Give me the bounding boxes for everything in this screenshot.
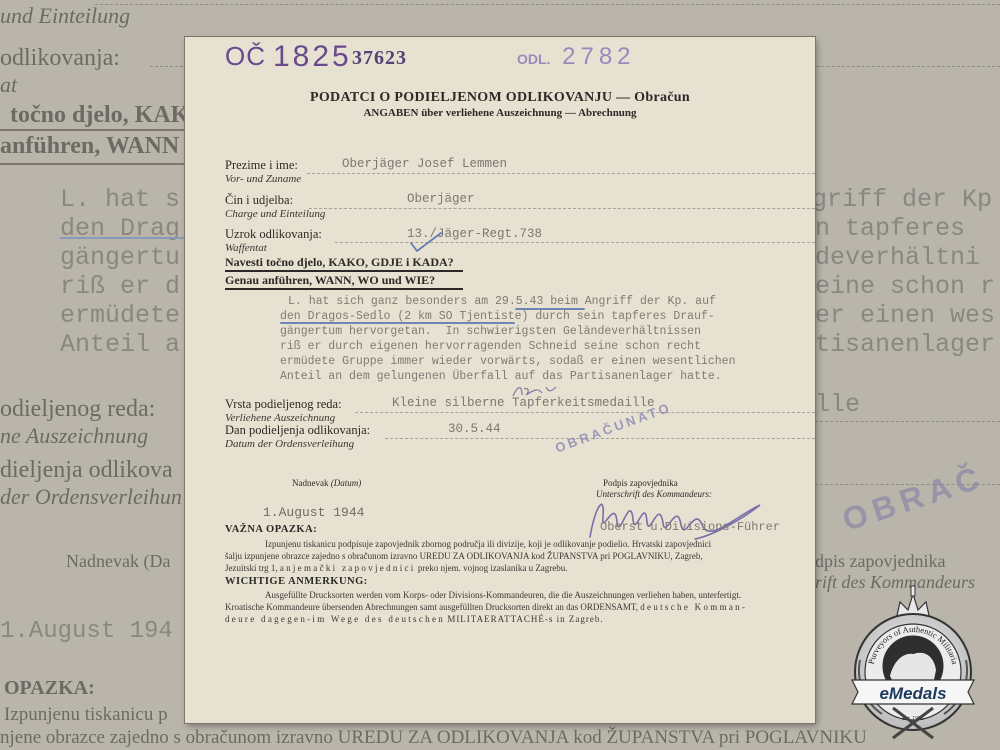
date-label: Nadnevak (Datum) (292, 478, 361, 488)
bg-text: griff der Kp (812, 185, 992, 214)
german-note-heading: WICHTIGE ANMERKUNG: (225, 576, 368, 587)
name-label: Prezime i ime: (225, 158, 298, 173)
bg-text: dieljenja odlikova (0, 457, 173, 484)
bg-text: anführen, WANN (0, 133, 179, 160)
form-title-croatian: PODATCI O PODIELJENOM ODLIKOVANJU — Obra… (185, 90, 815, 106)
narrative-line: gängertum hervorgetan. In schwierigsten … (280, 324, 701, 339)
date-label-text: Nadnevak (292, 478, 328, 488)
german-note-line: Ausgefüllte Drucksorten werden vom Korps… (265, 589, 741, 602)
name-sublabel: Vor- und Zuname (225, 173, 301, 185)
german-note-part: deutsche Komman- (640, 602, 747, 612)
commander-signature-icon (585, 477, 785, 547)
form-title-german: ANGABEN über verliehene Auszeichnung — A… (185, 107, 815, 119)
odl-number-stamp: ODL. 2782 (517, 43, 636, 71)
croatian-note-line: šalju izpunjene obrazce zajedno s obraču… (225, 550, 703, 563)
bg-rule (0, 129, 185, 131)
award-date-value: 30.5.44 (448, 422, 501, 436)
bg-text: n tapferes (815, 214, 965, 243)
date-sublabel-text: (Datum) (331, 478, 362, 488)
award-type-dotted-line (355, 412, 815, 413)
rank-sublabel: Charge und Einteilung (225, 208, 325, 220)
bg-text: L. hat s (60, 185, 180, 214)
title-croatian-suffix: — Obračun (616, 90, 690, 105)
name-dotted-line (307, 173, 815, 174)
rank-label: Čin i udjelba: (225, 193, 293, 208)
bg-text: njene obrazce zajedno s obračunom izravn… (0, 727, 867, 749)
bg-text: riß er d (60, 272, 180, 301)
rank-value: Oberjäger (407, 192, 475, 206)
narrative-line: L. hat sich ganz besonders am 29.5.43 be… (288, 294, 716, 309)
german-note-part: Kroatische Kommandeure übersenden Abrech… (225, 602, 638, 612)
bg-text: er einen wes (815, 301, 995, 330)
serial-number-stamp: 1825 (273, 40, 352, 74)
croatian-note-line: Jezuitski trg 1, a njemački zapovjednici… (225, 562, 568, 575)
bg-text: Nadnevak (Da (66, 551, 170, 572)
bg-text: eine schon r (815, 272, 995, 301)
reference-number: 37623 (352, 47, 407, 70)
bg-text: ermüdete (60, 301, 180, 330)
bg-rule (0, 163, 185, 165)
bg-text: lle (815, 390, 860, 419)
reason-sublabel: Waffentat (225, 242, 267, 254)
croatian-note-part: Jezuitski trg 1, a (225, 563, 284, 573)
reason-label: Uzrok odlikovanja: (225, 227, 322, 242)
serial-prefix-stamp: OČ (225, 41, 266, 72)
bg-dotted-line (815, 421, 1000, 422)
reason-dotted-line (335, 242, 815, 243)
odl-number: 2782 (562, 43, 635, 70)
title-croatian-main: PODATCI O PODIELJENOM ODLIKOVANJU (310, 90, 612, 105)
croatian-note-heading: VAŽNA OPAZKA: (225, 524, 317, 535)
bg-text: ne Auszeichnung (0, 423, 148, 449)
bg-obracunato-stamp: OBRAČ (838, 458, 990, 539)
bg-text: der Ordensverleihun (0, 484, 182, 510)
narrative-line: riß er durch eigenen hervorragenden Schn… (280, 339, 701, 354)
award-type-label: Vrsta podieljenog reda: (225, 397, 342, 412)
bg-text: točno djelo, KAK (10, 102, 189, 129)
rank-dotted-line (309, 208, 815, 209)
bg-text: dpis zapovjednika (815, 551, 945, 572)
emedals-badge-icon: eMedals Est. 1991 Purveyors of Authentic… (838, 580, 988, 740)
bg-text: at (0, 72, 17, 98)
german-note-part: deure dagegen-im Wege des deutschen (225, 614, 445, 624)
ink-underline-date (515, 308, 585, 310)
odl-prefix: ODL. (517, 51, 550, 67)
instruction-underline (225, 270, 463, 272)
name-value: Oberjäger Josef Lemmen (342, 157, 507, 171)
bg-dotted-line (95, 4, 1000, 5)
bg-text: tisanenlager (815, 330, 995, 359)
bg-text: 1.August 194 (0, 618, 173, 645)
croatian-note-part: njemački zapovjednici (286, 563, 416, 573)
instruction-german: Genau anführen, WANN, WO und WIE? (225, 273, 435, 288)
bg-text: deverhältni (815, 243, 980, 272)
bg-text: Izpunjenu tiskanicu p (4, 704, 168, 726)
award-date-label: Dan podieljenja odlikovanja: (225, 423, 370, 438)
german-note-line: Kroatische Kommandeure übersenden Abrech… (225, 601, 747, 614)
award-date-sublabel: Datum der Ordensverleihung (225, 438, 354, 450)
bg-text: odieljenog reda: (0, 396, 155, 423)
signer-title: Oberst u.Divisions-Führer (600, 520, 780, 534)
date-value: 1.August 1944 (263, 505, 364, 520)
instruction-underline (225, 288, 463, 290)
title-german-suffix: — Abrechnung (565, 107, 637, 119)
bg-text: Anteil a (60, 330, 180, 359)
bg-text: und Einteilung (0, 3, 130, 29)
croatian-note-line: Izpunjenu tiskanicu podpisuje zapovjedni… (265, 538, 711, 551)
narrative-line: ermüdete Gruppe immer wieder vorwärts, s… (280, 354, 735, 369)
ink-underline-place (280, 322, 515, 324)
award-settlement-form: OČ 1825 37623 ODL. 2782 PODATCI O PODIEL… (185, 37, 815, 723)
bg-text: OPAZKA: (4, 677, 95, 700)
title-german-main: ANGABEN über verliehene Auszeichnung (363, 107, 562, 119)
german-note-line: deure dagegen-im Wege des deutschen MILI… (225, 613, 604, 626)
narrative-line: Anteil an dem gelungenen Überfall auf da… (280, 369, 722, 384)
award-type-value: Kleine silberne Tapferkeitsmedaille (392, 396, 655, 410)
bg-text: gängertu (60, 243, 180, 272)
croatian-note-part: preko njem. vojnog izaslanika u Zagrebu. (418, 563, 568, 573)
bg-text: odlikovanja: (0, 45, 120, 72)
ink-checkmark-icon (409, 231, 443, 253)
bg-ink-underline (60, 237, 185, 239)
instruction-croatian: Navesti točno djelo, KAKO, GDJE i KADA? (225, 255, 454, 270)
emedals-watermark-logo: eMedals Est. 1991 Purveyors of Authentic… (838, 580, 988, 740)
german-note-part: MILITAERATTACHÉ-s in Zagreb. (447, 614, 603, 624)
emedals-brand-text: eMedals (879, 684, 946, 703)
